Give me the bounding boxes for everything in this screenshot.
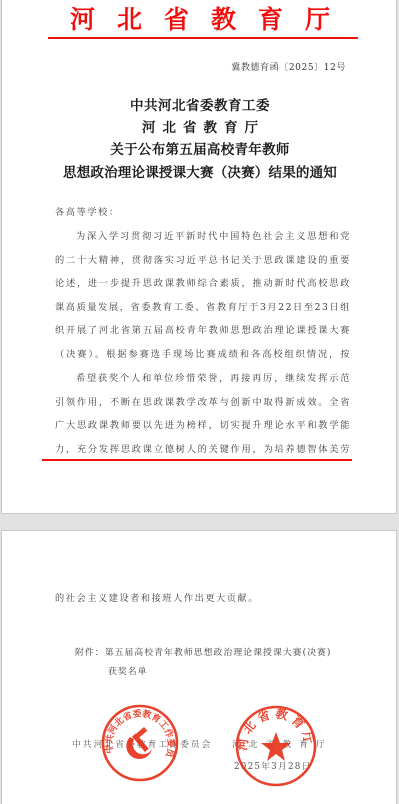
body-paragraph: 希望获奖个人和单位珍惜荣誉，再接再厉，继续发挥示范引领作用，不断在思政课教学改革… <box>55 367 351 463</box>
star-icon <box>261 732 291 761</box>
letterhead-title: 河北省教育厅 <box>2 5 397 35</box>
attachment-line: 获奖名单 <box>75 663 332 682</box>
attachment-note: 附件：第五届高校青年教师思想政治理论课授课大赛(决赛) 获奖名单 <box>75 644 332 682</box>
document-page-2: 的社会主义建设者和接班人作出更大贡献。 附件：第五届高校青年教师思想政治理论课授… <box>1 530 397 804</box>
title-subject-1: 关于公布第五届高校青年教师 <box>2 141 397 159</box>
body-paragraph-continuation: 的社会主义建设者和接班人作出更大贡献。 <box>55 587 351 611</box>
document-number: 冀教德育函〔2025〕12号 <box>231 60 346 73</box>
letterhead-red-rule <box>48 37 358 39</box>
title-subject-2: 思想政治理论课授课大赛（决赛）结果的通知 <box>2 164 397 182</box>
attachment-line: 附件：第五届高校青年教师思想政治理论课授课大赛(决赛) <box>75 648 332 658</box>
star-seal-icon: 河北省教育厅 <box>234 704 318 788</box>
hammer-sickle-seal-icon: 中共河北省委教育工作委员会 <box>100 703 180 783</box>
hammer-sickle-icon <box>126 727 152 759</box>
title-issuer-1: 中共河北省委教育工委 <box>2 97 397 115</box>
title-issuer-2: 河北省教育厅 <box>2 119 397 137</box>
svg-text:中共河北省委教育工作委员会: 中共河北省委教育工作委员会 <box>100 703 177 760</box>
body-paragraph: 为深入学习贯彻习近平新时代中国特色社会主义思想和党的二十大精神，贯彻落实习近平总… <box>55 225 351 369</box>
footer-red-rule <box>42 459 352 461</box>
salutation: 各高等学校： <box>55 204 120 218</box>
document-page-1: 河北省教育厅 冀教德育函〔2025〕12号 中共河北省委教育工委 河北省教育厅 … <box>1 0 397 514</box>
